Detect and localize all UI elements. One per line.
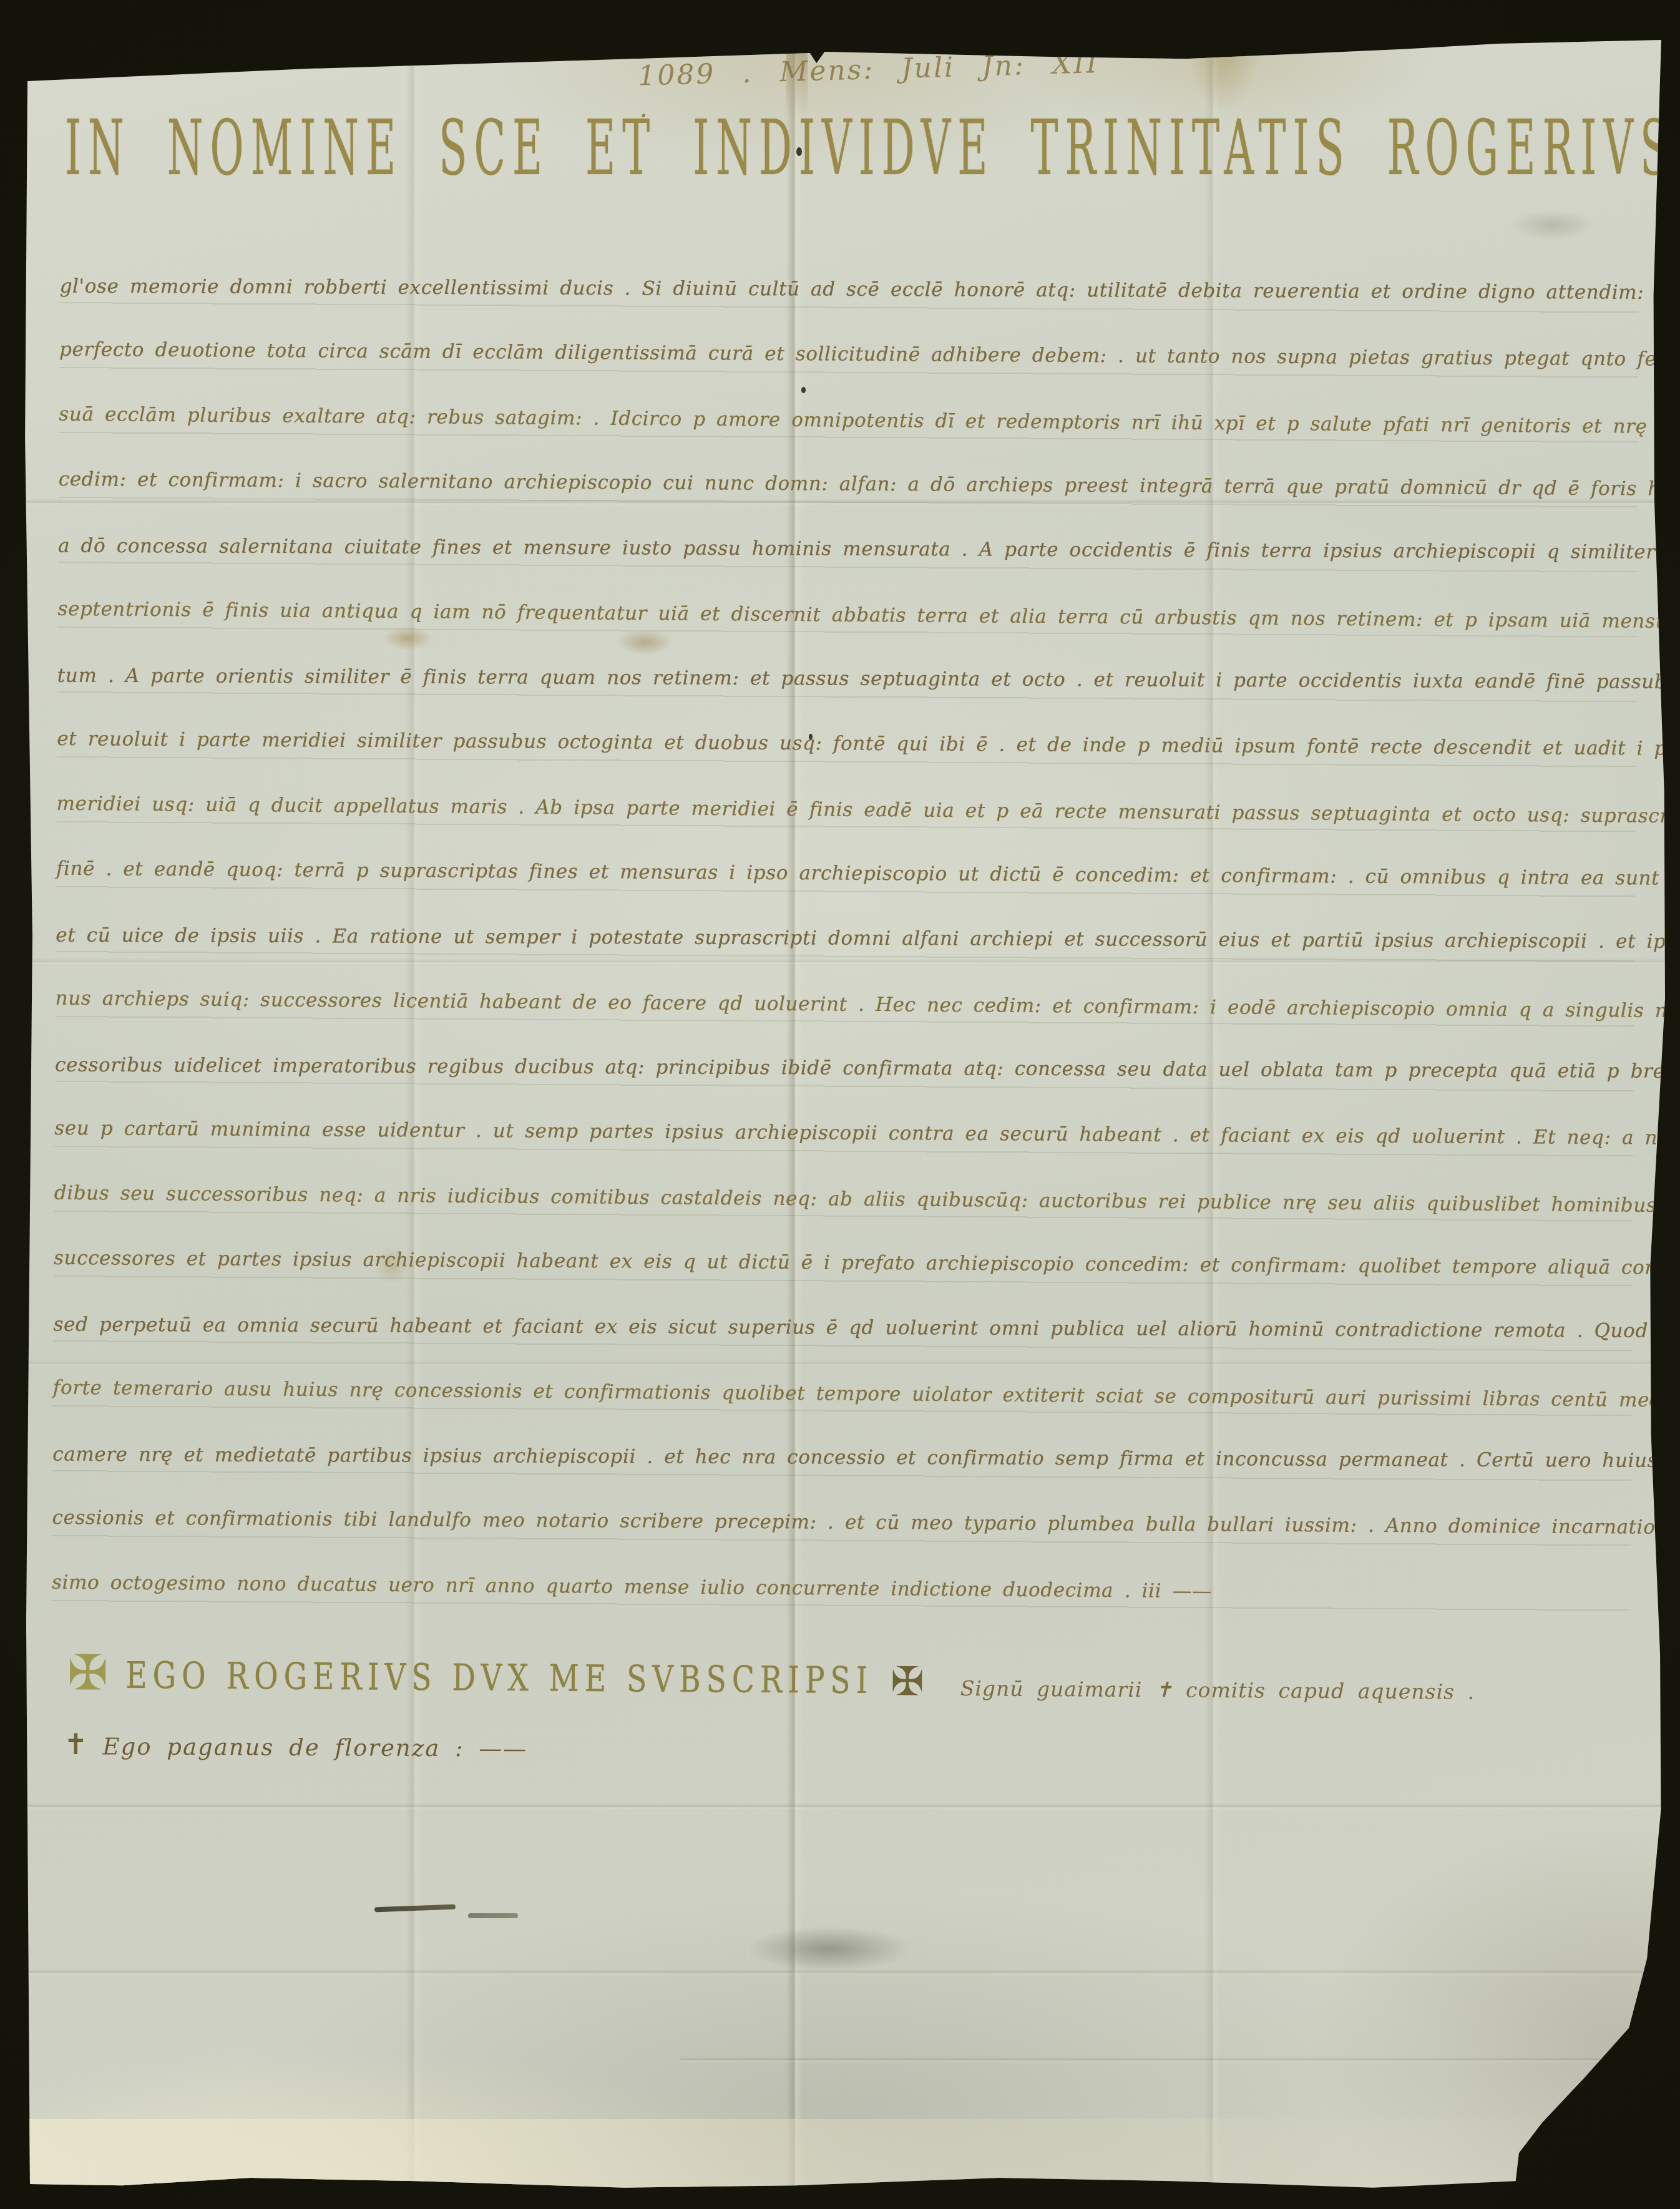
notary-signature: Ego paganus de florenza : —— — [102, 1733, 527, 1762]
charter-body-line: nus archieps suiq: successores licentiā … — [55, 966, 1634, 1043]
gray-stain — [1509, 210, 1596, 241]
bottom-bare-parchment — [24, 2119, 1665, 2194]
charter-invocation-title: IN NOMINE SCE ET INDIVIDVE TRINITATIS RO… — [65, 104, 1638, 192]
witness-signum: Signū guaimarii ✝ comitis capud aquensis… — [942, 1676, 1475, 1704]
top-edge-stain — [1189, 36, 1258, 108]
charter-body-line: perfecto deuotione tota circa scām dī ec… — [59, 317, 1639, 391]
ducal-subscription-row: ✠ EGO ROGERIVS DVX ME SVBSCRIPSI ✠ Signū… — [67, 1651, 1475, 1707]
charter-body-line: seu p cartarū munimina esse uidentur . u… — [54, 1096, 1634, 1170]
charter-body-line: cessionis et confirmationis tibi landulf… — [52, 1485, 1631, 1559]
signum-cross-icon: ✠ — [891, 1663, 924, 1700]
charter-body-line: suā ecclām pluribus exaltare atq: rebus … — [59, 382, 1638, 459]
photo-background: 1089 . Mens: Juli Jn: XII . IN NOMINE SC… — [0, 0, 1680, 2209]
charter-text: gl'ose memorie domni robberti excellenti… — [52, 252, 1639, 1624]
charter-body-line: et reuoluit i parte meridiei similiter p… — [57, 706, 1636, 781]
horizontal-crease — [680, 2057, 1665, 2063]
charter-body-line: septentrionis ē finis uia antiqua q iam … — [57, 577, 1637, 654]
charter-body-line: sed perpetuū ea omnia securū habeant et … — [53, 1292, 1632, 1363]
signature-cross-icon: ✝ — [64, 1727, 88, 1761]
charter-body-line: gl'ose memorie domni robberti excellenti… — [59, 254, 1638, 325]
charter-body-line: camere nrę et medietatē partibus ipsius … — [52, 1422, 1631, 1493]
ducal-subscription: EGO ROGERIVS DVX ME SVBSCRIPSI — [125, 1654, 873, 1702]
charter-body-line: cedim: et confirmam: i sacro salernitano… — [58, 447, 1638, 521]
charter-body-line: meridiei usq: uiā q ducit appellatus mar… — [56, 771, 1636, 849]
scratch-mark — [468, 1913, 518, 1918]
notary-signature-row: ✝ Ego paganus de florenza : —— — [64, 1727, 528, 1763]
charter-body-line: simo octogesimo nono ducatus uero nrī an… — [52, 1550, 1631, 1627]
horizontal-crease — [24, 1803, 1665, 1810]
charter-body-line: cessoribus uidelicet imperatoribus regib… — [55, 1033, 1634, 1104]
parchment-sheet: 1089 . Mens: Juli Jn: XII . IN NOMINE SC… — [24, 36, 1665, 2194]
gray-stain — [748, 1927, 910, 1971]
chrismon-cross-icon: ✠ — [67, 1651, 109, 1695]
charter-body-line: et cū uice de ipsis uiis . Ea ratione ut… — [56, 903, 1634, 974]
charter-body-line: tum . A parte orientis similiter ē finis… — [57, 643, 1636, 714]
charter-body-line: a dō concessa salernitana ciuitate fines… — [58, 514, 1637, 585]
charter-body-line: dibus seu successoribus neq: a nris iudi… — [54, 1161, 1633, 1238]
charter-body-line: successores et partes ipsius archiepisco… — [54, 1226, 1633, 1300]
charter-body-line: finē . et eandē quoq: terrā p suprascrip… — [56, 836, 1636, 910]
charter-body-line: forte temerario ausu huius nrę concessio… — [52, 1355, 1632, 1433]
